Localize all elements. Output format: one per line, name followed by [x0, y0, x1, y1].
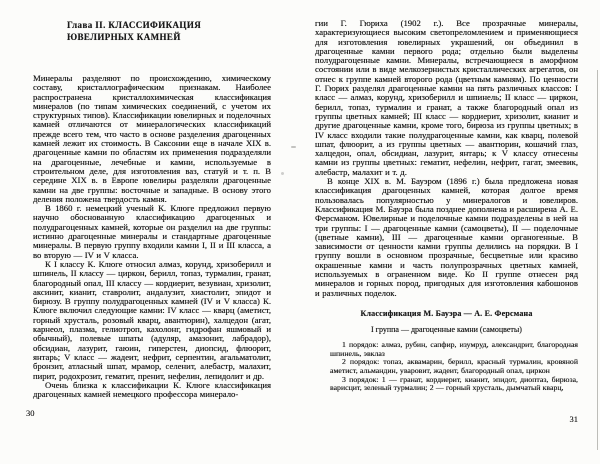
paragraph: Очень близка к классификации К. Клюге кл… — [33, 381, 271, 400]
classification-table: Классификация М. Бауэра — А. Е. Ферсмана… — [315, 309, 578, 393]
chapter-heading: Глава II. КЛАССИФИКАЦИЯ ЮВЕЛИРНЫХ КАМНЕЙ — [67, 20, 271, 43]
scan-speck — [291, 146, 296, 148]
classification-title: Классификация М. Бауэра — А. Е. Ферсмана — [315, 309, 578, 318]
paragraph: К I классу К. Клюге относил алмаз, корун… — [33, 260, 271, 381]
classification-entry: 3 порядок: 1 — гранат, кордиерит, кианит… — [330, 376, 578, 393]
chapter-heading-line-1: Глава II. КЛАССИФИКАЦИЯ — [67, 20, 271, 32]
classification-entry: 1 порядок: алмаз, рубин, сапфир, изумруд… — [330, 341, 578, 358]
page-number-right: 31 — [558, 414, 578, 424]
paragraph: В конце XIX в. М. Бауэром (1896 г.) была… — [315, 177, 578, 298]
scan-speck — [281, 172, 284, 175]
paragraph: гии Г. Гюриха (1902 г.). Все прозрачные … — [315, 19, 578, 177]
paragraph: В 1860 г. немецкий ученый К. Клюге предл… — [33, 204, 271, 260]
page-number-left: 30 — [26, 408, 35, 418]
book-scan: Глава II. КЛАССИФИКАЦИЯ ЮВЕЛИРНЫХ КАМНЕЙ… — [0, 0, 600, 464]
paragraph: Минералы разделяют по происхождению, хим… — [33, 74, 271, 204]
left-page: Глава II. КЛАССИФИКАЦИЯ ЮВЕЛИРНЫХ КАМНЕЙ… — [33, 20, 271, 399]
classification-entries: 1 порядок: алмаз, рубин, сапфир, изумруд… — [315, 341, 578, 393]
right-page: гии Г. Гюриха (1902 г.). Все прозрачные … — [315, 19, 578, 393]
classification-entry: 2 порядок: топаз, аквамарин, берилл, кра… — [330, 358, 578, 375]
chapter-heading-line-2: ЮВЕЛИРНЫХ КАМНЕЙ — [67, 32, 271, 44]
scan-edge-line — [597, 70, 598, 450]
classification-group-heading: I группа — драгоценные камни (самоцветы) — [315, 325, 578, 334]
